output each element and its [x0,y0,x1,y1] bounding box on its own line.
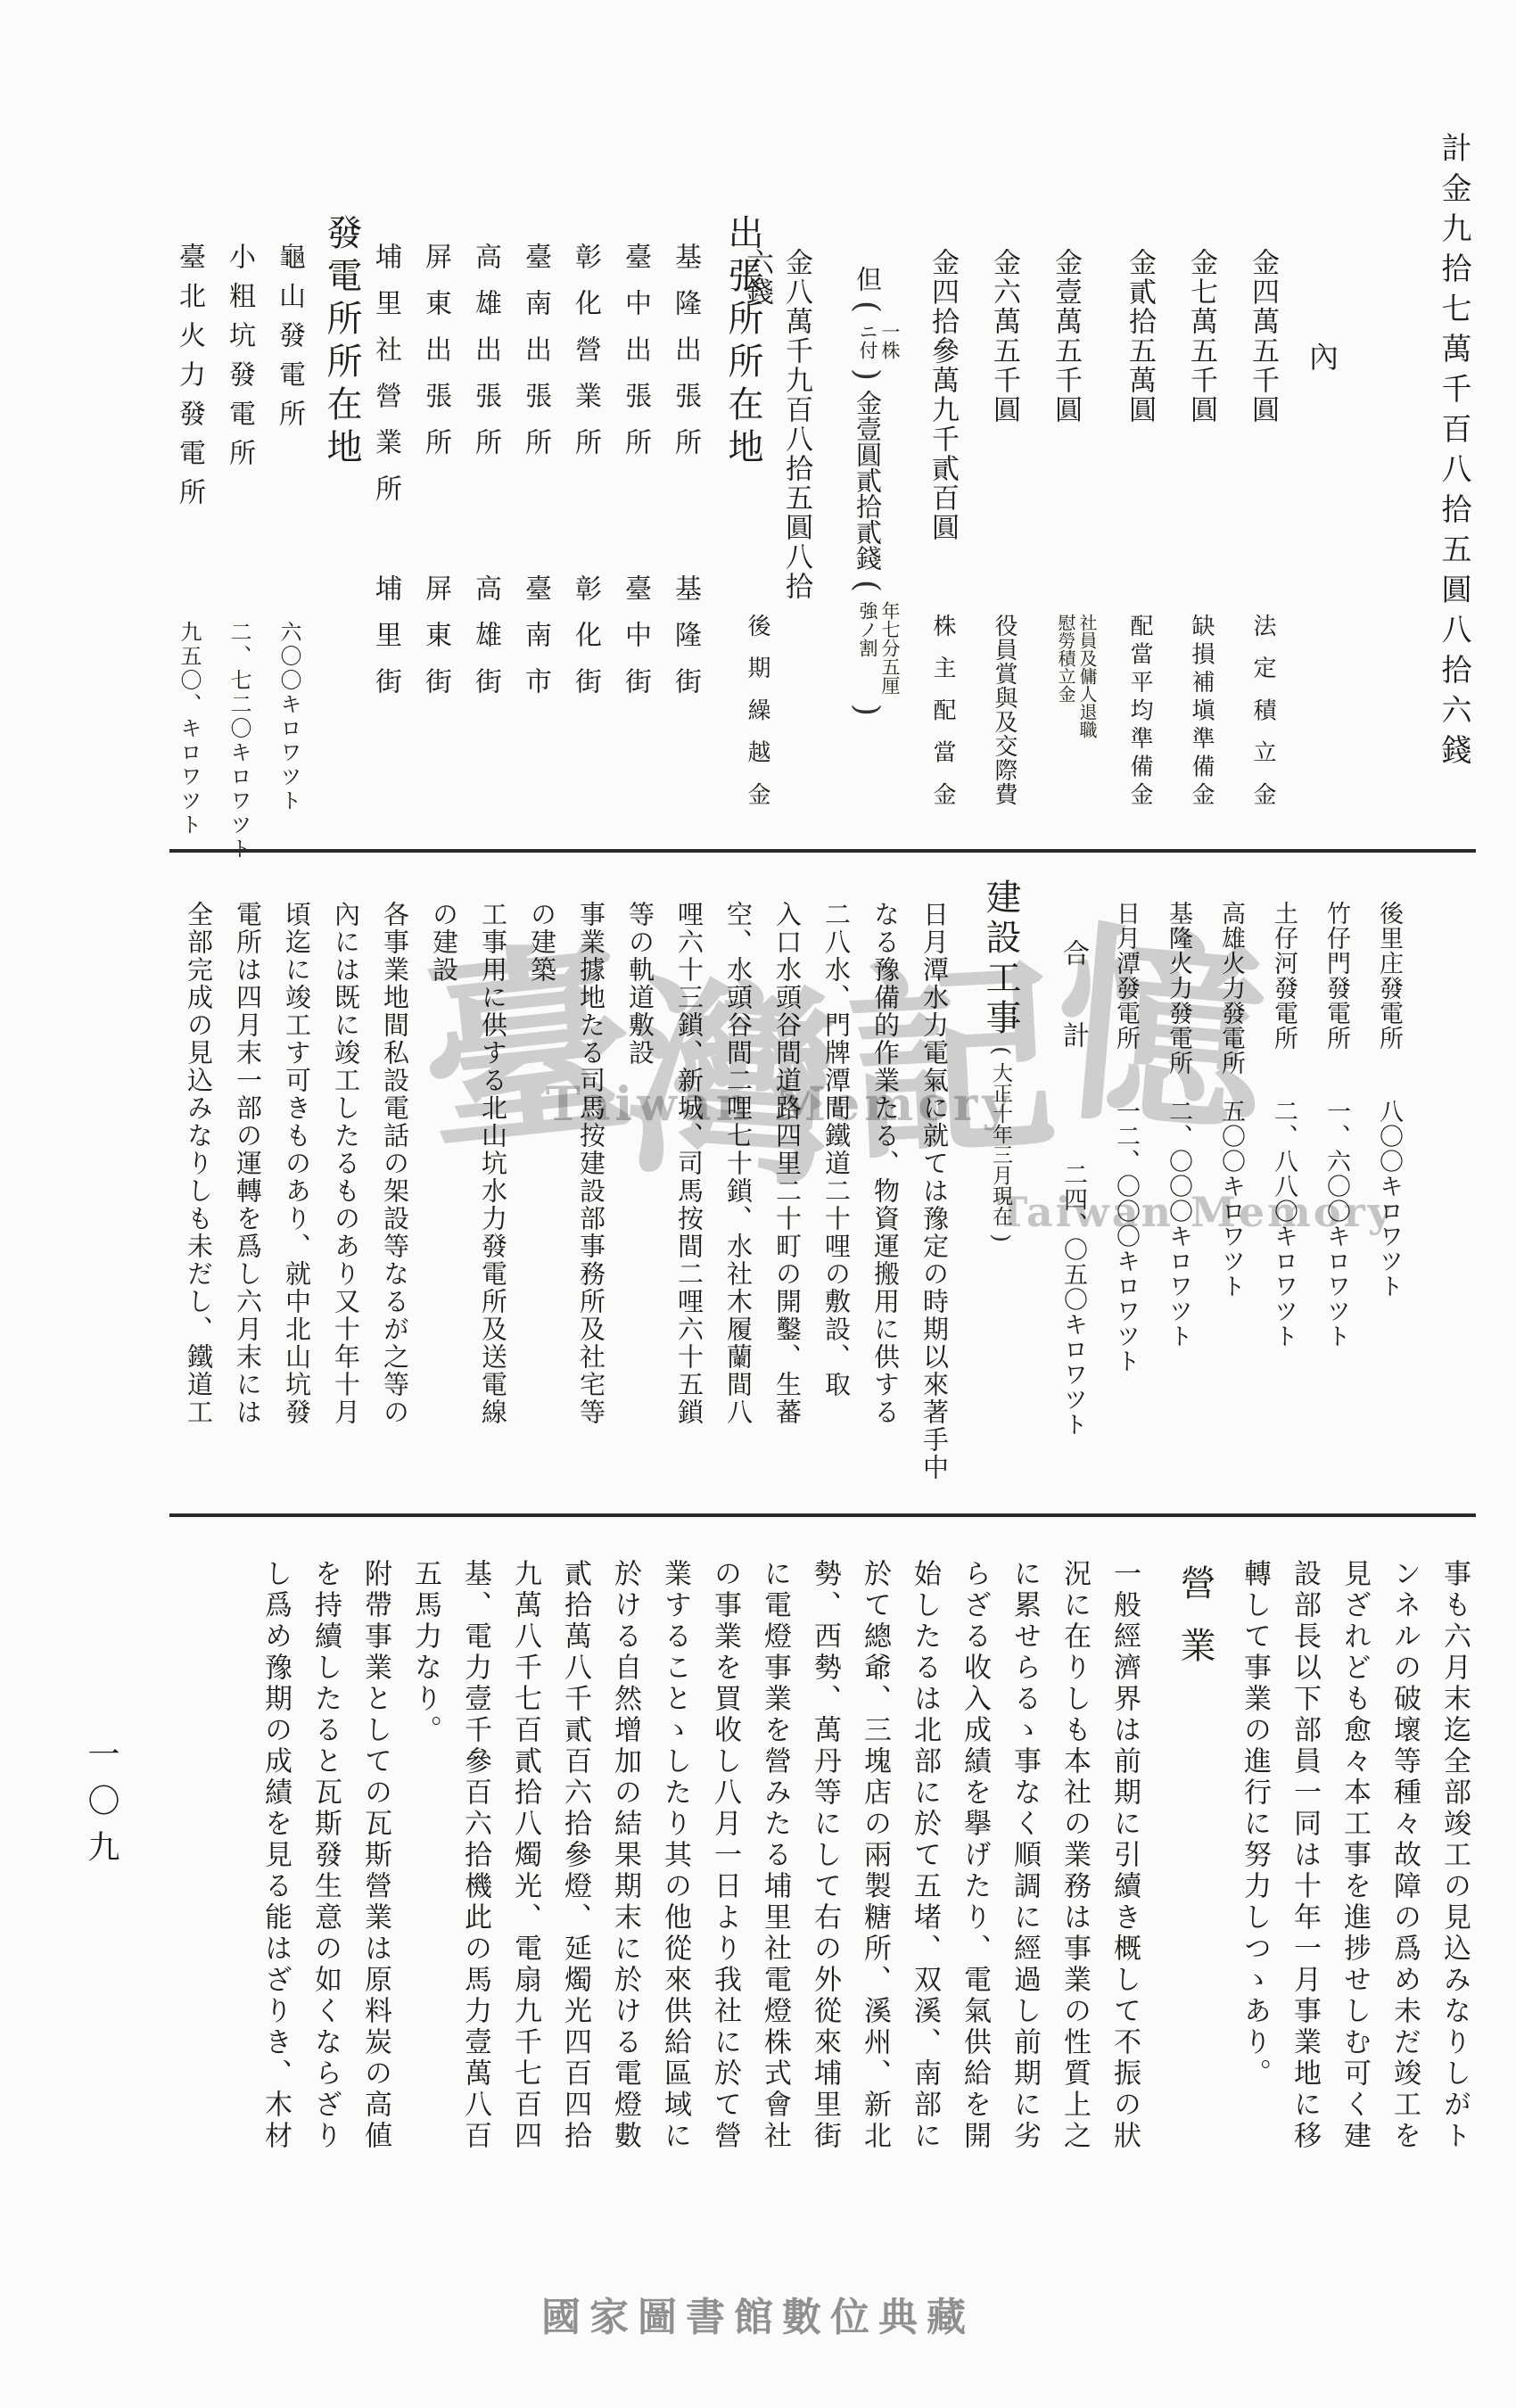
construction-text-column: 哩六十三鎖、新城、司馬按間二哩六十五鎖 [671,878,707,1503]
business-text-column: 業することゝしたり其の他從來供給區域に [656,1559,694,2272]
cell-text: 株主配當金 [923,614,962,805]
business-text-column: らざる收入成績を擧げたり、電氣供給を開 [956,1559,993,2272]
business-text-column: 事も六月末迄全部竣工の見込みなりしがト [1436,1559,1473,2272]
business-section: 事も六月末迄全部竣工の見込みなりしがトンネルの破壞等種々故障の爲め未だ竣工を見ざ… [244,1559,1473,2272]
fund-item: 金壹萬五千圓社員及傭人退職慰勞積立金 [1046,132,1098,845]
rate-note: 年七分五厘強ノ割 [856,601,901,695]
cell-text: 土仔河發電所 [1265,901,1302,1099]
construction-section-title: 建設工事(大正十年三月現在) [977,878,1024,1503]
open-paren: ( [988,1025,1014,1076]
cell-text: 法定積立金 [1243,614,1282,805]
construction-text-column: 空、水頭谷間二哩七十鎖、水社木履蘭間八 [721,878,756,1503]
date-note-text: 大正十年三月現在 [989,1062,1012,1226]
profit-appropriation-section: 計金九拾七萬千百八拾五圓八拾六錢 內 金四萬五千圓法定積立金金七萬五千圓缺損補塡… [715,132,1473,845]
fund-item: 金四萬五千圓法定積立金 [1243,132,1282,845]
cell-text: 一、六〇〇キロワツト [1317,1099,1355,1348]
note-line: 強ノ割 [856,601,878,695]
business-text-column: し爲め豫期の成績を見る能はざりき、木材 [257,1559,294,2272]
plant-item: 土仔河發電所二、八八〇キロワツト [1265,896,1302,1485]
cell-text: 龜山發電所 [271,243,307,621]
cell-text: 彰化營業所 [567,243,603,574]
business-text-column: 見ざれども愈々本工事を進捗せしむ可く建 [1336,1559,1373,2272]
label-line: 慰勞積立金 [1055,614,1076,738]
business-text-column: に電燈事業を營みたる埔里社電燈株式會社 [756,1559,794,2272]
business-text-column: 九萬八千七百貳拾八燭光、電扇九千七百四 [507,1559,544,2272]
branch-offices-section: 出張所所在地 基隆出張所基隆街臺中出張所臺中街彰化營業所彰化街臺南出張所臺南市高… [353,214,765,838]
cell-text: 基隆出張所 [667,243,703,574]
plant-item: 後里庄發電所八〇〇キロワツト [1370,896,1407,1485]
dividend-rate-note: 但(一株ニ付)金壹圓貳拾貳錢(年七分五厘強ノ割) [848,132,901,845]
cell-text: 屏東街 [417,574,453,713]
cell-text: 金四萬五千圓 [1243,248,1282,614]
office-item: 基隆出張所基隆街 [667,214,703,838]
business-text-column: 貳拾萬八千貳百六拾參燈、延燭光四百四拾 [556,1559,594,2272]
note-amount: 金壹圓貳拾貳錢 [853,390,883,571]
power-plants-continued: 後里庄發電所八〇〇キロワツト竹仔門發電所一、六〇〇キロワツト土仔河發電所二、八八… [1054,896,1407,1485]
cell-text: 六〇〇キロワツト [271,621,307,813]
cell-text: 彰化街 [567,574,603,713]
construction-text-column: 頃迄に竣工す可きものあり、就中北山坑發 [279,878,315,1503]
cell-text: 九五〇、キロワツト [171,621,207,837]
archive-label: 國家圖書館數位典藏 [541,2285,975,2342]
cell-text: 日月潭發電所 [1107,901,1144,1099]
construction-text-column: 各事業地間私設電話の架設等なるが之等の [377,878,413,1503]
construction-text-column: 內には既に竣工したるものあり又十年十月 [328,878,364,1503]
cell-text: 五〇〇キロワツト [1212,1099,1249,1299]
business-text-column: 勢、西勢、萬丹等にして右の外從來埔里街 [806,1559,844,2272]
cell-text: 金四拾參萬九千貳百圓 [923,248,962,614]
divider-rule [169,1513,1476,1517]
cell-text: 金貳拾五萬圓 [1120,248,1159,614]
fund-item: 金四拾參萬九千貳百圓株主配當金 [923,132,962,845]
cell-text: 一二、〇〇〇キロワツト [1107,1099,1144,1373]
business-text-column: 況に在りしも本社の業務は事業の性質上之 [1056,1559,1093,2272]
cell-text: 高雄出張所 [467,243,503,574]
plant-item: 基隆火力發電所二、〇〇〇キロワツト [1159,896,1197,1485]
office-item: 屏東出張所屏東街 [417,214,453,838]
cell-text: 高雄街 [467,574,503,713]
business-text-column: 於ける自然增加の結果期末に於ける電燈數 [606,1559,644,2272]
office-item: 埔里社營業所埔里街 [367,214,403,838]
plant-item: 臺北火力發電所九五〇、キロワツト [171,214,207,883]
offices-section-title: 出張所所在地 [721,214,765,838]
construction-section: 建設工事(大正十年三月現在) 日月潭水力電氣に就ては豫定の時期以來著手中なる豫備… [168,878,1024,1503]
open-paren: ( [849,562,887,611]
business-text-column: 轉して事業の進行に努力しつゝあり。 [1236,1559,1273,2272]
cell-text: 二、七二〇キロワツト [221,621,257,862]
office-item: 臺中出張所臺中街 [617,214,653,838]
construction-text-column: 全部完成の見込みなりしも未だし、鐵道工 [181,878,217,1503]
plant-item: 日月潭發電所一二、〇〇〇キロワツト [1107,896,1144,1485]
plants-section-title: 發電所所在地 [319,214,364,883]
cell-text: 高雄火力發電所 [1212,901,1249,1099]
cell-text: 臺中出張所 [617,243,653,574]
construction-text-column: 入口水頭谷間道路四里二十町の開鑿、生蕃 [770,878,805,1503]
cell-text: 基隆火力發電所 [1159,901,1197,1099]
close-paren: ) [849,350,887,400]
fund-item: 金六萬五千圓役員賞與及交際費 [985,132,1024,845]
business-text-column: 於て總爺、三塊店の兩製糖所、溪州、新北 [856,1559,894,2272]
business-text-column: 附帶事業としての瓦斯營業は原料炭の高値 [357,1559,394,2272]
business-section-title: 營業 [1170,1559,1220,2272]
total-amount-line: 計金九拾七萬千百八拾五圓八拾六錢 [1434,132,1473,845]
plant-item: 龜山發電所六〇〇キロワツト [271,214,307,883]
cell-text: 埔里社營業所 [367,243,403,574]
plants-total-row: 合計二四、〇五〇キロワツト [1054,896,1092,1485]
cell-text: 金六萬五千圓 [985,248,1024,614]
business-text-column: 基、電力壹千參百六拾機此の馬力壹萬八百 [457,1559,494,2272]
power-plants-section: 發電所所在地 龜山發電所六〇〇キロワツト小粗坑發電所二、七二〇キロワツト臺北火力… [157,214,364,883]
close-paren: ) [849,686,887,735]
construction-title: 建設工事 [980,878,1021,1039]
cell-text: 竹仔門發電所 [1317,901,1355,1099]
plants-total-label: 合計 [1054,939,1092,1162]
note-line: 年七分五厘 [878,601,901,695]
cell-text: 金壹萬五千圓 [1046,248,1085,614]
construction-text-column: 工事用に供する北山坑水力發電所及送電線 [475,878,511,1503]
construction-text-column: なる豫備的作業たる、物資運搬用に供する [868,878,903,1503]
office-item: 彰化營業所彰化街 [567,214,603,838]
construction-text-column: 二八水、門牌潭間鐵道二十哩の敷設、取 [819,878,854,1503]
business-text-column: 始したるは北部に於て五堵、双溪、南部に [906,1559,943,2272]
cell-text: 臺中街 [617,574,653,713]
construction-text-column: 等の軌道敷設 [622,878,658,1503]
construction-date-note: (大正十年三月現在) [989,1039,1012,1249]
plants-total-value: 二四、〇五〇キロワツト [1059,1162,1087,1437]
cell-text: 臺南出張所 [517,243,553,574]
cell-text: 八〇〇キロワツト [1370,1099,1407,1299]
fund-item: 金貳拾五萬圓配當平均準備金 [1120,132,1159,845]
plant-item: 高雄火力發電所五〇〇キロワツト [1212,896,1249,1485]
cell-text: 埔里街 [367,574,403,713]
cell-text: 役員賞與及交際費 [985,614,1024,805]
construction-text-column: の建築 [524,878,560,1503]
plant-item: 小粗坑發電所二、七二〇キロワツト [221,214,257,883]
construction-text-column: の建設 [426,878,462,1503]
plant-item: 竹仔門發電所一、六〇〇キロワツト [1317,896,1355,1485]
cell-text: 金七萬五千圓 [1182,248,1221,614]
cell-text: 屏東出張所 [417,243,453,574]
cell-text: 小粗坑發電所 [221,243,257,621]
cell-text: 後里庄發電所 [1370,901,1407,1099]
label-line: 社員及傭人退職 [1076,614,1098,738]
office-item: 高雄出張所高雄街 [467,214,503,838]
business-text-column: 一般經濟界は前期に引續き概して不振の狀 [1106,1559,1143,2272]
cell-text: 臺北火力發電所 [171,243,207,621]
cell-text: 配當平均準備金 [1120,614,1159,805]
cell-text: 缺損補塡準備金 [1182,614,1221,805]
business-text-column: の事業を買收し八月一日より我社に於て營 [706,1559,744,2272]
cell-text: 基隆街 [667,574,703,713]
open-paren: ( [849,283,887,332]
divider-rule [169,849,1476,853]
office-item: 臺南出張所臺南市 [517,214,553,838]
construction-text-column: 日月潭水力電氣に就ては豫定の時期以來著手中 [917,878,952,1503]
construction-text-column: 事業據地たる司馬按建設部事務所及社宅等 [573,878,609,1503]
cell-text: 二、八八〇キロワツト [1265,1099,1302,1348]
business-text-column: 設部長以下部員一同は十年一月事業地に移 [1286,1559,1323,2272]
cell-text: 社員及傭人退職慰勞積立金 [1055,614,1098,738]
cell-text: 二、〇〇〇キロワツト [1159,1099,1197,1348]
construction-text-column: 電所は四月末一部の運轉を爲し六月末には [230,878,266,1503]
cell-text: 臺南市 [517,574,553,713]
fund-item: 金七萬五千圓缺損補塡準備金 [1182,132,1221,845]
page-number: 一〇九 [78,1737,124,1876]
business-text-column: に累せらるゝ事なく順調に經過し前期に劣 [1006,1559,1043,2272]
business-text-column: を持續したると瓦斯發生意の如くならざり [307,1559,344,2272]
business-text-column: 五馬力なり。 [407,1559,444,2272]
scanned-document-page: 計金九拾七萬千百八拾五圓八拾六錢 內 金四萬五千圓法定積立金金七萬五千圓缺損補塡… [0,0,1516,2408]
close-paren: ) [988,1212,1014,1263]
breakdown-label: 內 [1302,132,1341,845]
business-text-column: ンネルの破壞等種々故障の爲め未だ竣工を [1386,1559,1423,2272]
